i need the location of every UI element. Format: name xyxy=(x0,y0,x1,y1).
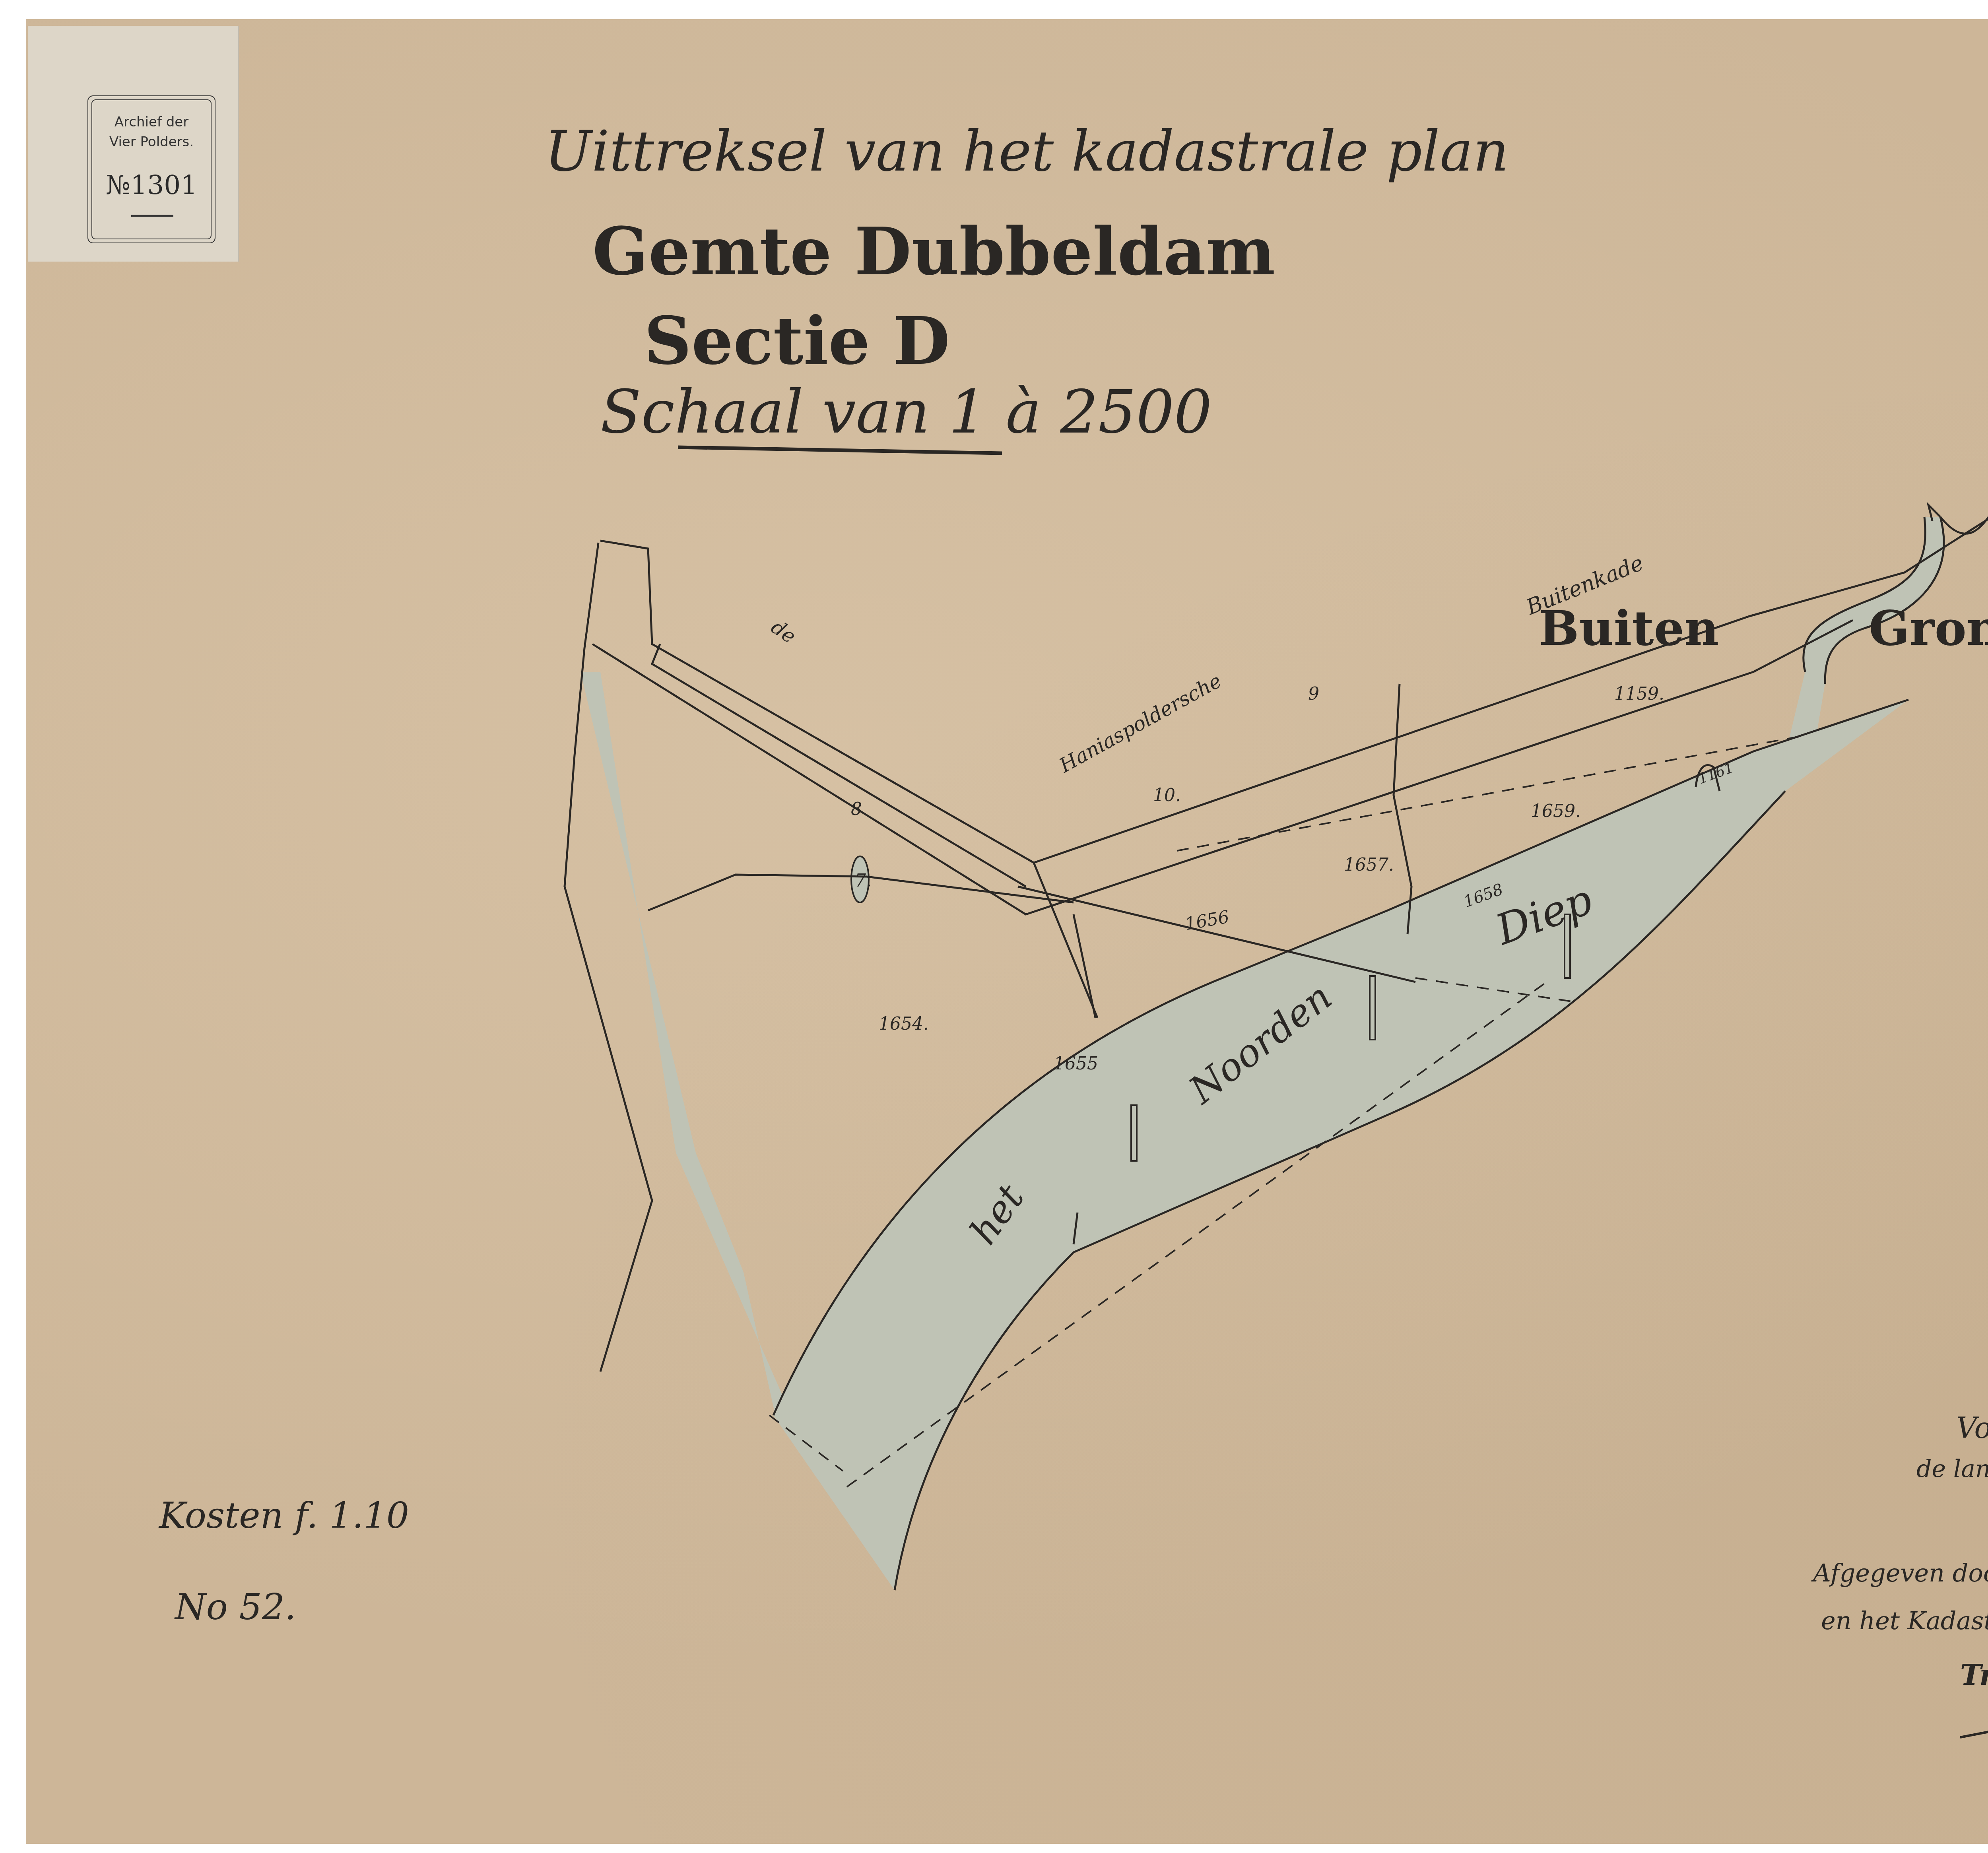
parcel-1159: 1159. xyxy=(1614,684,1664,704)
parcel-1655: 1655 xyxy=(1054,1054,1098,1074)
signature-flourish-2 xyxy=(1960,1694,1988,1737)
parcel-8: 8 xyxy=(851,799,862,819)
title-section: Sectie D xyxy=(644,302,950,379)
area-label-gronden: Gronden xyxy=(1869,600,1988,656)
title-extract: Uittreksel van het kadastrale plan xyxy=(545,119,1509,184)
area-label-buiten: Buiten xyxy=(1539,600,1719,656)
cert-date-place: en het Kadaster te Dordrecht den 16 Juni… xyxy=(1821,1606,1988,1635)
parcel-1659: 1659. xyxy=(1531,801,1581,821)
parcel-1657: 1657. xyxy=(1344,855,1394,875)
cert-landmeter: de landmeter van het Kadaster xyxy=(1916,1455,1988,1483)
note-number: No 52. xyxy=(175,1586,296,1628)
cert-signature-bewaarder: Tresling xyxy=(1960,1658,1988,1692)
parcel-10: 10. xyxy=(1153,785,1181,805)
parcel-9: 9 xyxy=(1308,684,1319,704)
title-scale: Schaal van 1 à 2500 xyxy=(600,378,1212,447)
note-kosten: Kosten f. 1.10 xyxy=(159,1495,409,1537)
parcel-1654: 1654. xyxy=(879,1014,929,1034)
title-underline xyxy=(678,447,1002,453)
parcel-7: 7. xyxy=(855,871,872,891)
cert-voor-extract-conform: Voor Extract Conform xyxy=(1956,1411,1988,1445)
title-municipality: Gemte Dubbeldam xyxy=(592,213,1275,290)
cert-afgegeven: Afgegeven door mij, bewaarder van de hyp… xyxy=(1813,1558,1988,1587)
